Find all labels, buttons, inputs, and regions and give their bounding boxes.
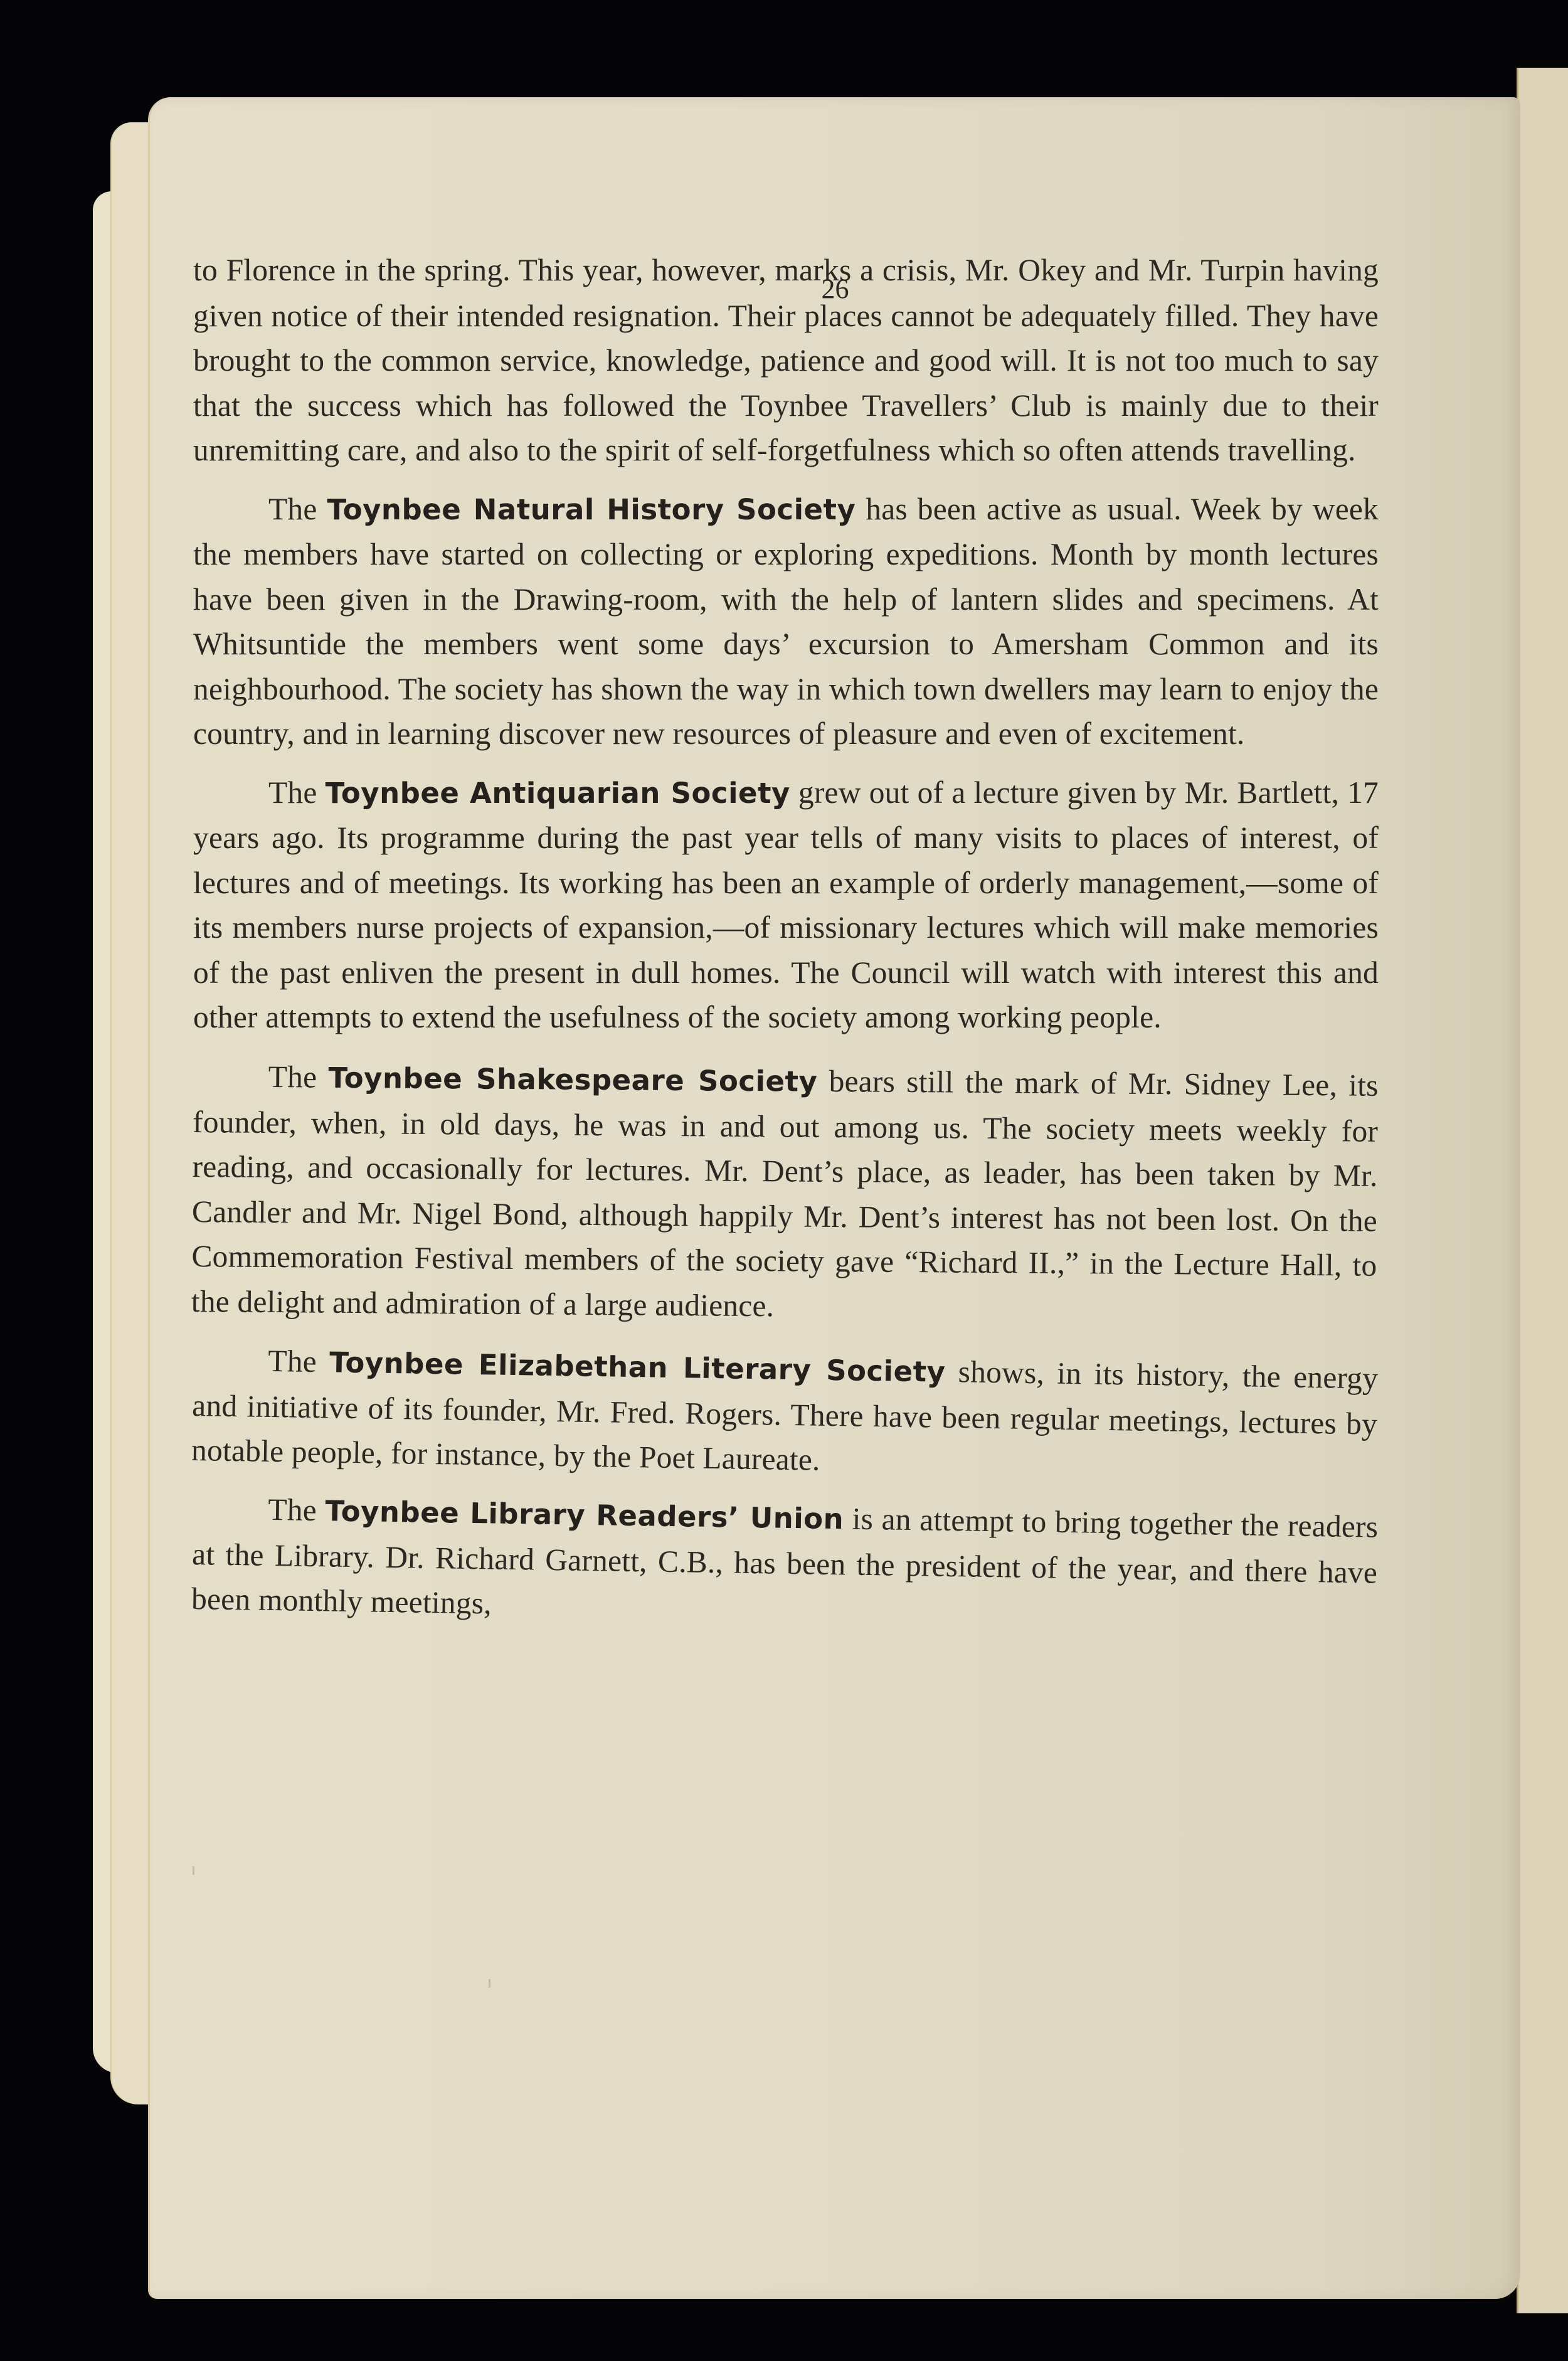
paragraph-library-readers-union: The Toynbee Library Readers’ Union is an… <box>191 1486 1379 1640</box>
society-name: Toynbee Natural History Society <box>327 493 856 526</box>
society-name: Toynbee Antiquarian Society <box>326 777 790 810</box>
paper-speck <box>489 1979 490 1988</box>
society-name: Toynbee Library Readers’ Union <box>325 1494 844 1536</box>
paragraph-elizabethan-literary-society: The Toynbee Elizabethan Literary Society… <box>191 1337 1379 1491</box>
facing-page-edge <box>1517 68 1568 2313</box>
body-text: to Florence in the spring. This year, ho… <box>193 248 1379 1635</box>
paragraph-antiquarian-society: The Toynbee Antiquarian Society grew out… <box>193 770 1379 1040</box>
paragraph-travellers-club: to Florence in the spring. This year, ho… <box>193 248 1379 473</box>
paper-speck <box>193 1866 194 1875</box>
paragraph-shakespeare-society: The Toynbee Shakespeare Society bears st… <box>191 1054 1379 1333</box>
society-name: Toynbee Shakespeare Society <box>328 1061 817 1098</box>
paragraph-natural-history-society: The Toynbee Natural History Society has … <box>193 487 1379 756</box>
society-name: Toynbee Elizabethan Literary Society <box>329 1345 946 1388</box>
